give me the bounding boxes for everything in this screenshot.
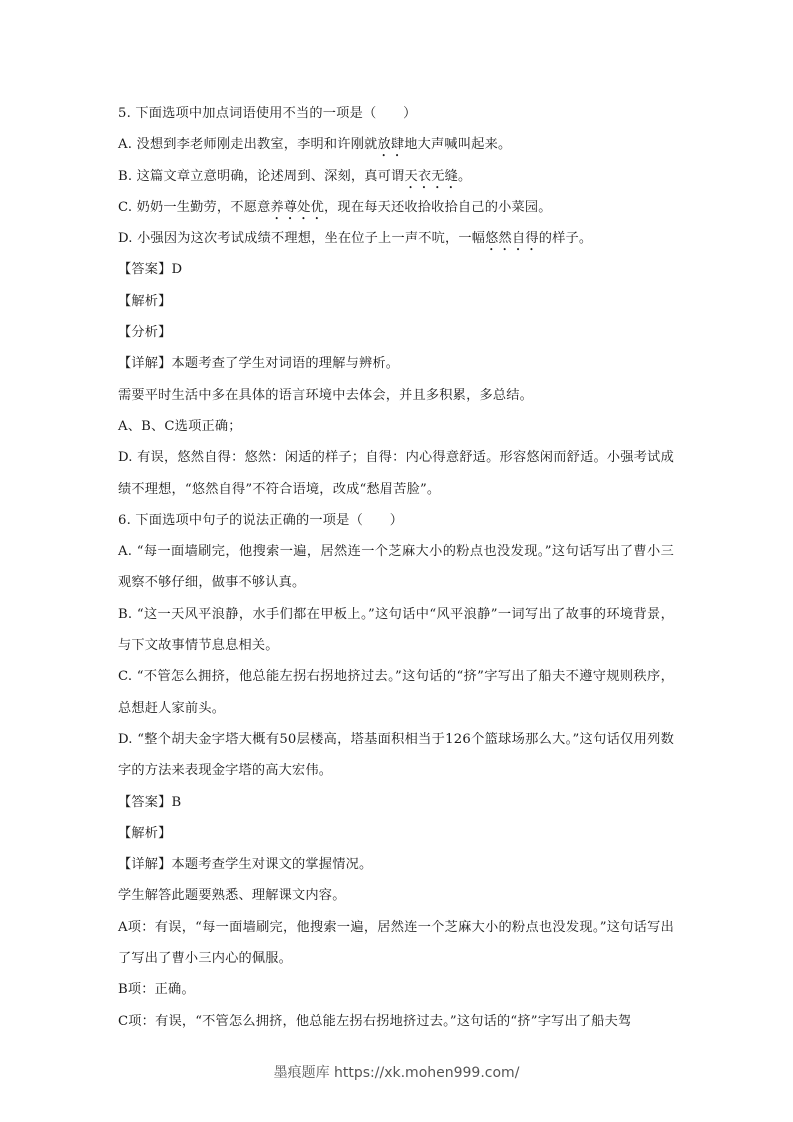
option-text: D. 小强因为这次考试成绩不理想，坐在位子上一声不吭，一幅 — [118, 231, 485, 246]
footer-watermark: 墨痕题库 https://xk.mohen999.com/ — [0, 1062, 793, 1082]
question-6-stem: 6. 下面选项中句子的说法正确的一项是（ ） — [118, 505, 674, 536]
q5-analysis-label: 【解析】 — [118, 286, 674, 317]
q6-option-a: A. “每一面墙刷完，他搜索一遍，居然连一个芝麻大小的粉点也没发现。”这句话写出… — [118, 536, 674, 599]
option-text: 的样子。 — [539, 231, 593, 246]
q6-detail-2: 学生解答此题要熟悉、理解课文内容。 — [118, 880, 674, 911]
q6-detail-3: A项：有误，“每一面墙刷完，他搜索一遍，居然连一个芝麻大小的粉点也没发现。”这句… — [118, 912, 674, 975]
option-text: ，现在每天还收拾收拾自己的小菜园。 — [324, 200, 552, 215]
option-text: 。 — [458, 169, 471, 184]
q6-answer: 【答案】B — [118, 787, 674, 818]
q5-fenxi-label: 【分析】 — [118, 317, 674, 348]
dotted-word: 悠然自得 — [485, 231, 539, 246]
q6-option-b: B. “这一天风平浪静，水手们都在甲板上。”这句话中“风平浪静”一词写出了故事的… — [118, 599, 674, 662]
q5-option-b: B. 这篇文章立意明确，论述周到、深刻，真可谓天衣无缝。 — [118, 161, 674, 192]
option-text: 地大声喊叫起来。 — [404, 137, 511, 152]
q6-option-d: D. “整个胡夫金字塔大概有50层楼高，塔基面积相当于126个篮球场那么大。”这… — [118, 724, 674, 787]
q5-option-a: A. 没想到李老师刚走出教室，李明和许刚就放肆地大声喊叫起来。 — [118, 129, 674, 160]
option-text: C. 奶奶一生勤劳，不愿意 — [118, 200, 270, 215]
dotted-word: 养尊处优 — [270, 200, 324, 215]
q6-detail-4: B项：正确。 — [118, 974, 674, 1005]
q5-answer: 【答案】D — [118, 254, 674, 285]
q5-detail-3: A、B、C选项正确； — [118, 411, 674, 442]
q6-option-c: C. “不管怎么拥挤，他总能左拐右拐地挤过去。”这句话的“挤”字写出了船夫不遵守… — [118, 661, 674, 724]
option-text: A. 没想到李老师刚走出教室，李明和许刚就 — [118, 137, 377, 152]
q6-analysis-label: 【解析】 — [118, 818, 674, 849]
document-page: 5. 下面选项中加点词语使用不当的一项是（ ） A. 没想到李老师刚走出教室，李… — [118, 98, 674, 1037]
q5-detail-2: 需要平时生活中多在具体的语言环境中去体会，并且多积累，多总结。 — [118, 380, 674, 411]
q6-detail: 【详解】本题考查学生对课文的掌握情况。 — [118, 849, 674, 880]
q6-detail-5: C项：有误，“不管怎么拥挤，他总能左拐右拐地挤过去。”这句话的“挤”字写出了船夫… — [118, 1006, 674, 1037]
q5-detail-4: D. 有误，悠然自得：悠然：闲适的样子；自得：内心得意舒适。形容悠闲而舒适。小强… — [118, 442, 674, 505]
q5-option-d: D. 小强因为这次考试成绩不理想，坐在位子上一声不吭，一幅悠然自得的样子。 — [118, 223, 674, 254]
dotted-word: 天衣无缝 — [404, 169, 458, 184]
question-5-stem: 5. 下面选项中加点词语使用不当的一项是（ ） — [118, 98, 674, 129]
option-text: B. 这篇文章立意明确，论述周到、深刻，真可谓 — [118, 169, 404, 184]
q5-option-c: C. 奶奶一生勤劳，不愿意养尊处优，现在每天还收拾收拾自己的小菜园。 — [118, 192, 674, 223]
q5-detail: 【详解】本题考查了学生对词语的理解与辨析。 — [118, 348, 674, 379]
dotted-word: 放肆 — [377, 137, 404, 152]
